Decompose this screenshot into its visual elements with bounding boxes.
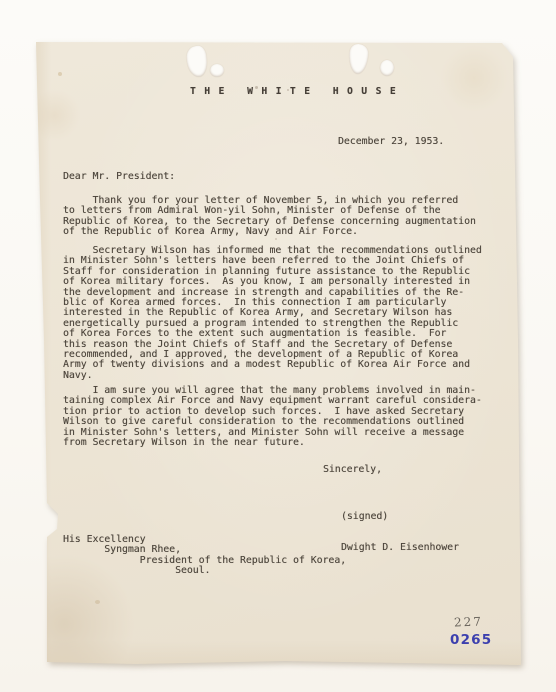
paper-speck <box>287 89 289 91</box>
paper-speck <box>447 292 450 294</box>
recipient-address: His Excellency Syngman Rhee, President o… <box>63 535 346 577</box>
signed-note: (signed) <box>341 512 459 522</box>
stamp-page-number: 227 <box>454 614 483 629</box>
paper-speck <box>275 238 277 240</box>
paragraph-3: I am sure you will agree that the many p… <box>63 386 482 448</box>
date-line: December 23, 1953. <box>338 137 444 147</box>
paragraph-2: Secretary Wilson has informed me that th… <box>63 246 482 381</box>
paper-speck <box>58 72 62 76</box>
punch-hole-icon <box>210 64 224 77</box>
letter-paper: THE WHITE HOUSE December 23, 1953. Dear … <box>35 40 523 668</box>
paper-speck <box>255 86 258 89</box>
letterhead: THE WHITE HOUSE <box>190 87 404 97</box>
punch-hole-icon <box>348 43 369 74</box>
scanned-letter: THE WHITE HOUSE December 23, 1953. Dear … <box>0 0 556 692</box>
signature-block: (signed) Dwight D. Eisenhower <box>341 491 459 574</box>
salutation: Dear Mr. President: <box>63 172 175 182</box>
paper-speck <box>95 600 100 604</box>
closing: Sincerely, <box>323 465 382 475</box>
punch-hole-icon <box>185 45 209 78</box>
punch-hole-icon <box>380 60 394 76</box>
stamp-archive-number: 0265 <box>450 632 492 648</box>
signature-name: Dwight D. Eisenhower <box>341 543 459 553</box>
paragraph-1: Thank you for your letter of November 5,… <box>63 196 476 238</box>
